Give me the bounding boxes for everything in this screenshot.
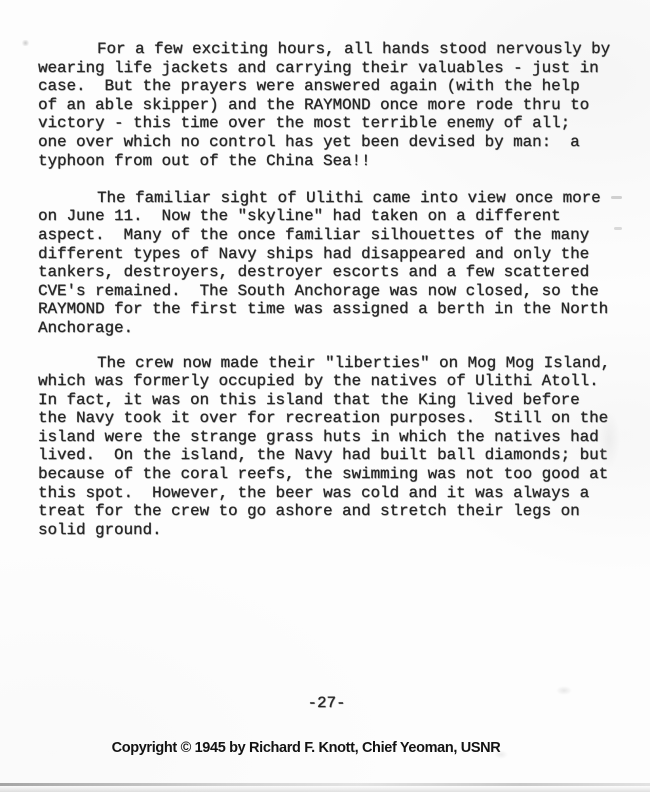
scanned-document-page: For a few exciting hours, all hands stoo… (0, 0, 650, 792)
paragraph-typhoon-survival: For a few exciting hours, all hands stoo… (38, 40, 628, 170)
page-number: -27- (38, 694, 615, 713)
scan-bottom-shade (0, 786, 650, 792)
scan-speck-topleft (21, 40, 30, 46)
paragraph-mog-mog-liberties: The crew now made their "liberties" on M… (38, 354, 628, 540)
page-body-text: For a few exciting hours, all hands stoo… (38, 40, 628, 539)
paragraph-return-to-ulithi: The familiar sight of Ulithi came into v… (38, 189, 628, 338)
copyright-line: Copyright © 1945 by Richard F. Knott, Ch… (0, 740, 631, 756)
scan-shadow-line (0, 783, 650, 786)
